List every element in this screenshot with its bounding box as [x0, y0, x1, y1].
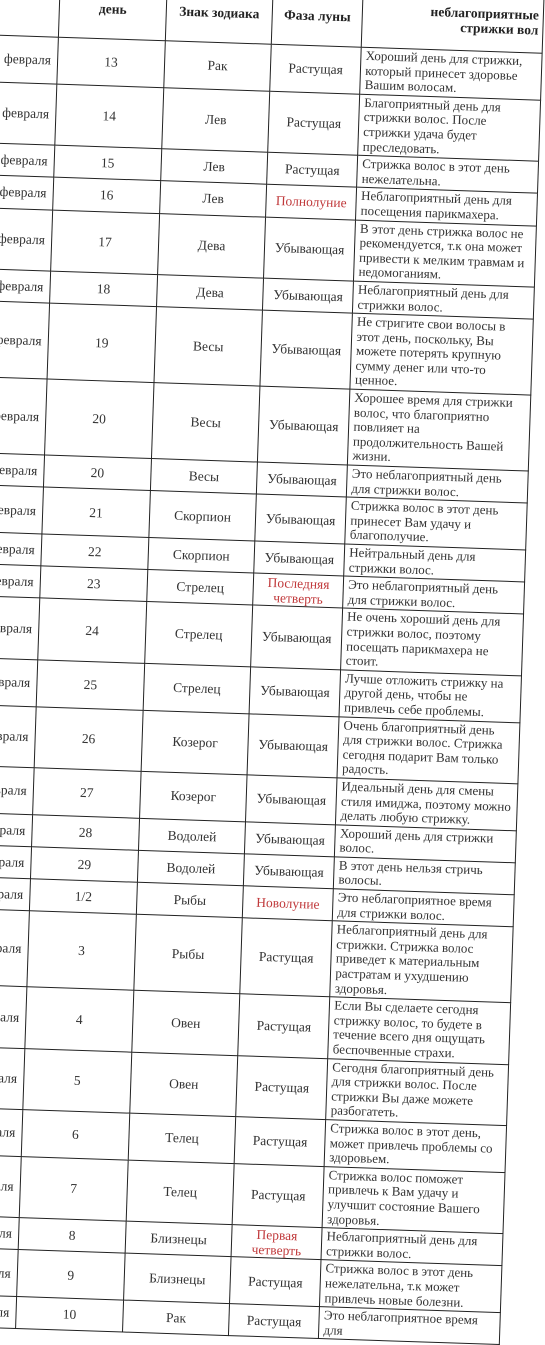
- zodiac-cell: Рыбы: [136, 882, 243, 918]
- zodiac-cell: Лев: [161, 149, 268, 185]
- description-cell: Очень благоприятный день для стрижки вол…: [337, 716, 520, 783]
- moon-phase-cell: Растущая: [240, 918, 333, 997]
- lunar-day-cell: 21: [42, 487, 151, 537]
- moon-phase-cell: Убывающая: [257, 386, 350, 465]
- description-cell: Не стригите свои волосы в этот день, пос…: [350, 313, 533, 395]
- description-cell: Стрижка волос поможет привлечь к Вам уда…: [322, 1166, 505, 1233]
- lunar-day-cell: 7: [19, 1156, 128, 1221]
- date-cell: 5 февраля: [0, 206, 52, 271]
- date-cell: 2 февраля: [0, 80, 57, 145]
- zodiac-cell: Водолей: [137, 850, 244, 886]
- moon-phase-cell: Убывающая: [262, 278, 353, 313]
- zodiac-cell: Весы: [152, 383, 260, 462]
- moon-phase-cell: Убывающая: [251, 605, 343, 669]
- calendar-document: день Знак зодиака Фаза луны неблагоприят…: [0, 0, 545, 1302]
- moon-phase-cell: Растущая: [270, 44, 362, 94]
- moon-phase-cell: Убывающая: [249, 667, 341, 717]
- lunar-day-cell: 13: [57, 37, 166, 87]
- zodiac-cell: Дева: [157, 275, 264, 311]
- lunar-day-cell: 25: [36, 660, 145, 710]
- lunar-day-cell: 15: [54, 145, 162, 181]
- header-zodiac: Знак зодиака: [165, 0, 273, 44]
- moon-phase-cell: Убывающая: [255, 494, 347, 544]
- date-cell: 6 февраля: [0, 267, 50, 303]
- moon-phase-cell: Убывающая: [260, 310, 353, 389]
- description-cell: Стрижка волос в этот день, может привлеч…: [324, 1120, 506, 1173]
- lunar-day-cell: 20: [43, 455, 151, 491]
- moon-phase-cell: Растущая: [267, 152, 358, 187]
- zodiac-cell: Скорпион: [149, 491, 256, 541]
- date-cell: 17 февраля: [0, 811, 32, 847]
- lunar-day-cell: 19: [47, 303, 157, 382]
- zodiac-cell: Водолей: [139, 818, 246, 854]
- moon-phase-cell: Растущая: [229, 1257, 321, 1302]
- description-cell: Стрижка волос в этот день нежелательна, …: [320, 1260, 502, 1302]
- zodiac-cell: Дева: [158, 213, 266, 278]
- moon-phase-cell: Полнолуние: [266, 185, 357, 220]
- date-cell: 14 февраля: [0, 656, 38, 706]
- zodiac-cell: Рыбы: [134, 915, 242, 994]
- header-description: неблагоприятные стрижки вол: [362, 0, 545, 53]
- lunar-day-cell: 28: [31, 814, 139, 850]
- lunar-day-cell: 22: [41, 534, 149, 570]
- lunar-day-cell: 3: [27, 911, 137, 990]
- lunar-day-cell: 5: [23, 1048, 132, 1113]
- zodiac-cell: Козерог: [140, 771, 247, 821]
- zodiac-cell: Телец: [128, 1113, 235, 1163]
- date-cell: 9 февраля: [0, 451, 44, 487]
- zodiac-cell: Овен: [132, 990, 240, 1055]
- date-cell: 25 февраля: [0, 1214, 19, 1250]
- zodiac-cell: Лев: [162, 88, 270, 153]
- moon-phase-cell: Последняя четверть: [253, 573, 344, 608]
- date-cell: 13 февраля: [0, 595, 40, 660]
- description-cell: Хороший день для стрижки, который принес…: [360, 47, 542, 100]
- lunar-day-cell: 17: [50, 210, 159, 275]
- date-cell: 7 февраля: [0, 299, 49, 379]
- moon-phase-cell: Убывающая: [254, 541, 345, 576]
- moon-phase-cell: Убывающая: [244, 822, 335, 857]
- zodiac-cell: Телец: [126, 1160, 234, 1225]
- lunar-day-cell: 9: [16, 1250, 125, 1300]
- zodiac-cell: Близнецы: [125, 1221, 232, 1257]
- zodiac-cell: Близнецы: [124, 1253, 231, 1302]
- lunar-day-cell: 4: [25, 987, 134, 1052]
- zodiac-cell: Стрелец: [147, 570, 254, 606]
- date-cell: 24 февраля: [0, 1153, 21, 1218]
- date-cell: 1 февраля: [0, 33, 58, 83]
- zodiac-cell: Рак: [164, 41, 271, 91]
- lunar-day-cell: 16: [52, 177, 160, 213]
- lunar-day-cell: 20: [44, 379, 154, 458]
- description-cell: Идеальный день для смены стиля имиджа, п…: [336, 778, 518, 831]
- date-cell: 19 февраля: [0, 875, 30, 911]
- lunar-day-cell: 29: [30, 847, 138, 883]
- zodiac-cell: Стрелец: [143, 663, 250, 713]
- zodiac-cell: Весы: [150, 459, 257, 495]
- date-cell: 21 февраля: [0, 983, 27, 1048]
- lunar-day-cell: 23: [40, 566, 148, 602]
- zodiac-cell: Стрелец: [145, 602, 253, 667]
- moon-phase-cell: Растущая: [238, 994, 330, 1058]
- lunar-day-cell: 24: [38, 598, 147, 663]
- lunar-day-cell: 27: [32, 768, 141, 818]
- zodiac-cell: Овен: [130, 1052, 238, 1117]
- moon-phase-cell: Первая четверть: [231, 1225, 322, 1260]
- date-cell: 16 февраля: [0, 764, 34, 814]
- date-cell: 11 февраля: [0, 530, 42, 566]
- zodiac-cell: Лев: [160, 181, 267, 217]
- lunar-day-cell: 1/2: [29, 879, 137, 915]
- header-date: [0, 0, 60, 37]
- zodiac-cell: Весы: [154, 307, 262, 386]
- moon-phase-cell: Растущая: [232, 1163, 324, 1227]
- lunar-day-cell: 14: [55, 84, 164, 149]
- zodiac-cell: Скорпион: [148, 537, 255, 573]
- lunar-day-cell: 8: [18, 1218, 126, 1254]
- lunar-day-cell: 26: [34, 706, 143, 771]
- date-cell: 26 февраля: [0, 1246, 18, 1296]
- description-cell: В этот день стрижка волос не рекомендует…: [354, 220, 537, 287]
- date-cell: 20 февраля: [0, 907, 29, 987]
- lunar-day-cell: 18: [49, 271, 157, 307]
- date-cell: 8 февраля: [0, 375, 47, 455]
- date-cell: 12 февраля: [0, 562, 41, 598]
- date-cell: 23 февраля: [0, 1106, 23, 1156]
- date-cell: 18 февраля: [0, 843, 31, 879]
- haircut-calendar-table: день Знак зодиака Фаза луны неблагоприят…: [0, 0, 545, 1302]
- lunar-day-cell: 6: [21, 1110, 130, 1160]
- moon-phase-cell: Растущая: [234, 1117, 326, 1167]
- moon-phase-cell: Растущая: [268, 91, 360, 155]
- header-moon-phase: Фаза луны: [271, 0, 363, 47]
- moon-phase-cell: Убывающая: [263, 217, 355, 281]
- header-lunar-day: день: [58, 0, 167, 41]
- moon-phase-cell: Убывающая: [243, 854, 334, 889]
- moon-phase-cell: Убывающая: [247, 713, 339, 777]
- description-cell: Неблагоприятный день для стрижки. Стрижк…: [330, 921, 513, 1003]
- description-cell: Благоприятный день для стрижки волос. По…: [358, 94, 541, 161]
- date-cell: 22 февраля: [0, 1045, 25, 1110]
- moon-phase-cell: Убывающая: [256, 462, 347, 497]
- zodiac-cell: Козерог: [141, 710, 249, 775]
- description-cell: Если Вы сделаете сегодня стрижку волос, …: [328, 997, 511, 1064]
- date-cell: 15 февраля: [0, 703, 36, 768]
- description-cell: Сегодня благоприятный день для стрижки в…: [326, 1058, 509, 1125]
- moon-phase-cell: Новолуние: [242, 886, 333, 921]
- description-cell: Хорошее время для стрижки волос, что бла…: [348, 389, 531, 471]
- date-cell: 4 февраля: [0, 174, 54, 210]
- moon-phase-cell: Убывающая: [245, 775, 337, 825]
- moon-phase-cell: Растущая: [236, 1055, 328, 1119]
- description-cell: Лучше отложить стрижку на другой день, ч…: [339, 670, 521, 723]
- date-cell: 3 февраля: [0, 142, 55, 178]
- date-cell: 10 февраля: [0, 483, 43, 533]
- description-cell: Стрижка волос в этот день принесет Вам у…: [345, 497, 527, 550]
- description-cell: Не очень хороший день для стрижки волос,…: [341, 608, 524, 675]
